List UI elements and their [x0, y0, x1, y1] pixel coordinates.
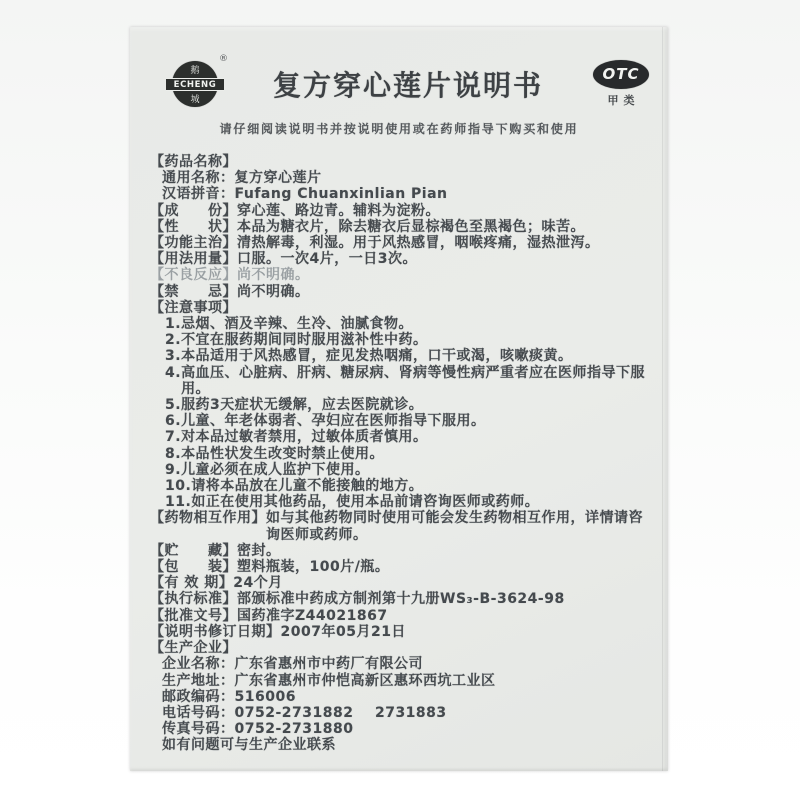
precaution-item: 2. 不宜在服药期间同时服用滋补性中药。 — [150, 332, 652, 348]
section-value: 2007年05月21日 — [281, 624, 653, 640]
section-value: 口服。一次4片，一日3次。 — [237, 251, 652, 267]
section-packaging: 【包 装】 塑料瓶装，100片/瓶。 — [150, 559, 652, 575]
section-approval-number: 【批准文号】 国药准字Z44021867 — [150, 608, 652, 624]
registered-trademark-icon: ® — [219, 54, 228, 64]
item-text: 对本品过敏者禁用，过敏体质者慎用。 — [181, 429, 652, 445]
section-label: 【性 状】 — [150, 219, 237, 235]
section-ingredients: 【成 份】 穿心莲、路边青。辅料为淀粉。 — [150, 203, 652, 219]
otc-icon: OTC — [593, 60, 649, 89]
precaution-item: 6. 儿童、年老体弱者、孕妇应在医师指导下服用。 — [150, 413, 652, 429]
field-key: 通用名称： — [162, 170, 235, 186]
precaution-item: 11. 如正在使用其他药品，使用本品前请咨询医师或药师。 — [150, 494, 652, 510]
item-number: 10. — [165, 478, 191, 494]
section-label: 【生产企业】 — [150, 640, 237, 656]
precaution-item: 4. 高血压、心脏病、肝病、糖尿病、肾病等慢性病严重者应在医师指导下服用。 — [150, 365, 652, 397]
section-dosage: 【用法用量】 口服。一次4片，一日3次。 — [150, 251, 652, 267]
section-value: 如与其他药物同时使用可能会发生药物相互作用，详情请咨询医师或药师。 — [266, 510, 652, 542]
precaution-item: 1. 忌烟、酒及辛辣、生冷、油腻食物。 — [150, 316, 652, 332]
page-title: 复方穿心莲片说明书 — [228, 64, 588, 104]
otc-class-label: 甲类 — [588, 92, 654, 108]
item-text: 如正在使用其他药品，使用本品前请咨询医师或药师。 — [191, 494, 652, 510]
section-value: 尚不明确。 — [237, 267, 652, 283]
field-key: 邮政编码： — [162, 689, 235, 705]
section-label: 【不良反应】 — [150, 267, 237, 283]
item-text: 忌烟、酒及辛辣、生冷、油腻食物。 — [181, 316, 652, 332]
section-interactions: 【药物相互作用】 如与其他药物同时使用可能会发生药物相互作用，详情请咨询医师或药… — [150, 510, 652, 542]
section-label: 【禁 忌】 — [150, 284, 237, 300]
item-text: 本品适用于风热感冒，症见发热咽痛，口干或渴，咳嗽痰黄。 — [181, 348, 652, 364]
item-number: 8. — [165, 446, 181, 462]
section-value: 清热解毒，利湿。用于风热感冒，咽喉疼痛，湿热泄泻。 — [237, 235, 652, 251]
item-number: 11. — [165, 494, 191, 510]
section-label: 【说明书修订日期】 — [150, 624, 281, 640]
generic-name-line: 通用名称： 复方穿心莲片 — [150, 170, 652, 186]
section-adverse-reactions: 【不良反应】 尚不明确。 — [150, 267, 652, 283]
section-contraindications: 【禁 忌】 尚不明确。 — [150, 284, 652, 300]
section-label: 【药物相互作用】 — [150, 510, 266, 526]
item-text: 请将本品放在儿童不能接触的地方。 — [191, 478, 652, 494]
field-value: 516006 — [235, 689, 653, 705]
section-revision-date: 【说明书修订日期】 2007年05月21日 — [150, 624, 652, 640]
section-label: 【贮 藏】 — [150, 543, 237, 559]
section-value: 国药准字Z44021867 — [237, 608, 652, 624]
section-value: 密封。 — [237, 543, 652, 559]
section-description: 【性 状】 本品为糖衣片，除去糖衣后显棕褐色至黑褐色；味苦。 — [150, 219, 652, 235]
field-key: 传真号码： — [162, 721, 235, 737]
section-indications: 【功能主治】 清热解毒，利湿。用于风热感冒，咽喉疼痛，湿热泄泻。 — [150, 235, 652, 251]
leaflet-photo: 鹅 ECHENG 城 ® 复方穿心莲片说明书 OTC 甲类 请仔细阅读说明书并按… — [0, 0, 800, 800]
section-drug-name: 【药品名称】 — [150, 154, 652, 170]
otc-badge: OTC 甲类 — [588, 60, 654, 108]
pinyin-line: 汉语拼音： Fufang Chuanxinlian Pian — [150, 186, 652, 202]
company-name-line: 企业名称： 广东省惠州市中药厂有限公司 — [150, 656, 652, 672]
precaution-item: 8. 本品性状发生改变时禁止使用。 — [150, 446, 652, 462]
precaution-item: 9. 儿童必须在成人监护下使用。 — [150, 462, 652, 478]
precaution-item: 5. 服药3天症状无缓解，应去医院就诊。 — [150, 397, 652, 413]
section-value: 塑料瓶装，100片/瓶。 — [237, 559, 652, 575]
field-key: 电话号码： — [162, 705, 235, 721]
item-number: 3. — [165, 348, 181, 364]
item-number: 6. — [165, 413, 181, 429]
section-storage: 【贮 藏】 密封。 — [150, 543, 652, 559]
field-key: 汉语拼音： — [162, 186, 235, 202]
item-number: 2. — [165, 332, 181, 348]
item-number: 9. — [165, 462, 181, 478]
section-label: 【药品名称】 — [150, 154, 237, 170]
item-number: 5. — [165, 397, 181, 413]
postcode-line: 邮政编码： 516006 — [150, 689, 652, 705]
fax-line: 传真号码： 0752-2731880 — [150, 721, 652, 737]
item-text: 高血压、心脏病、肝病、糖尿病、肾病等慢性病严重者应在医师指导下服用。 — [181, 365, 652, 397]
precaution-item: 3. 本品适用于风热感冒，症见发热咽痛，口干或渴，咳嗽痰黄。 — [150, 348, 652, 364]
leaflet-header: 鹅 ECHENG 城 ® 复方穿心莲片说明书 OTC 甲类 — [170, 57, 654, 111]
brand-top-character: 鹅 — [172, 67, 218, 76]
section-label: 【包 装】 — [150, 559, 237, 575]
section-precautions: 【注意事项】 — [150, 300, 652, 316]
section-manufacturer: 【生产企业】 — [150, 640, 652, 656]
field-key: 生产地址： — [162, 673, 235, 689]
section-value: 穿心莲、路边青。辅料为淀粉。 — [237, 203, 652, 219]
section-label: 【成 份】 — [150, 203, 237, 219]
item-text: 本品性状发生改变时禁止使用。 — [181, 446, 652, 462]
brand-name: ECHENG — [166, 78, 224, 91]
read-instructions-notice: 请仔细阅读说明书并按说明使用或在药师指导下购买和使用 — [130, 120, 668, 137]
leaflet-paper: 鹅 ECHENG 城 ® 复方穿心莲片说明书 OTC 甲类 请仔细阅读说明书并按… — [130, 27, 668, 771]
item-text: 儿童、年老体弱者、孕妇应在医师指导下服用。 — [181, 413, 652, 429]
section-label: 【功能主治】 — [150, 235, 237, 251]
address-line: 生产地址： 广东省惠州市仲恺高新区惠环西坑工业区 — [150, 673, 652, 689]
field-value: 0752-2731880 — [235, 721, 653, 737]
section-validity: 【有 效 期】 24个月 — [150, 575, 652, 591]
contact-note: 如有问题可与生产企业联系 — [150, 737, 652, 753]
section-standard: 【执行标准】 部颁标准中药成方制剂第十九册WS₃-B-3624-98 — [150, 591, 652, 607]
section-label: 【有 效 期】 — [150, 575, 233, 591]
field-value: 广东省惠州市中药厂有限公司 — [235, 656, 653, 672]
section-label: 【用法用量】 — [150, 251, 237, 267]
section-label: 【注意事项】 — [150, 300, 237, 316]
brand-logo: 鹅 ECHENG 城 ® — [170, 57, 228, 111]
phone-line: 电话号码： 0752-2731882 2731883 — [150, 705, 652, 721]
field-value: 复方穿心莲片 — [235, 170, 653, 186]
item-number: 7. — [165, 429, 181, 445]
brand-bottom-character: 城 — [172, 96, 218, 105]
section-value: 24个月 — [233, 575, 652, 591]
section-value: 部颁标准中药成方制剂第十九册WS₃-B-3624-98 — [237, 591, 652, 607]
contact-note-text: 如有问题可与生产企业联系 — [162, 737, 336, 753]
precaution-item: 7. 对本品过敏者禁用，过敏体质者慎用。 — [150, 429, 652, 445]
item-text: 服药3天症状无缓解，应去医院就诊。 — [181, 397, 652, 413]
field-key: 企业名称： — [162, 656, 235, 672]
section-value: 尚不明确。 — [237, 284, 652, 300]
field-value: 广东省惠州市仲恺高新区惠环西坑工业区 — [235, 673, 653, 689]
item-text: 不宜在服药期间同时服用滋补性中药。 — [181, 332, 652, 348]
field-value: 0752-2731882 2731883 — [235, 705, 653, 721]
leaflet-body: 【药品名称】 通用名称： 复方穿心莲片 汉语拼音： Fufang Chuanxi… — [150, 154, 652, 754]
item-number: 4. — [165, 365, 181, 381]
section-value: 本品为糖衣片，除去糖衣后显棕褐色至黑褐色；味苦。 — [237, 219, 652, 235]
field-value: Fufang Chuanxinlian Pian — [235, 186, 653, 202]
item-text: 儿童必须在成人监护下使用。 — [181, 462, 652, 478]
section-label: 【执行标准】 — [150, 591, 237, 607]
item-number: 1. — [165, 316, 181, 332]
section-label: 【批准文号】 — [150, 608, 237, 624]
precaution-item: 10. 请将本品放在儿童不能接触的地方。 — [150, 478, 652, 494]
